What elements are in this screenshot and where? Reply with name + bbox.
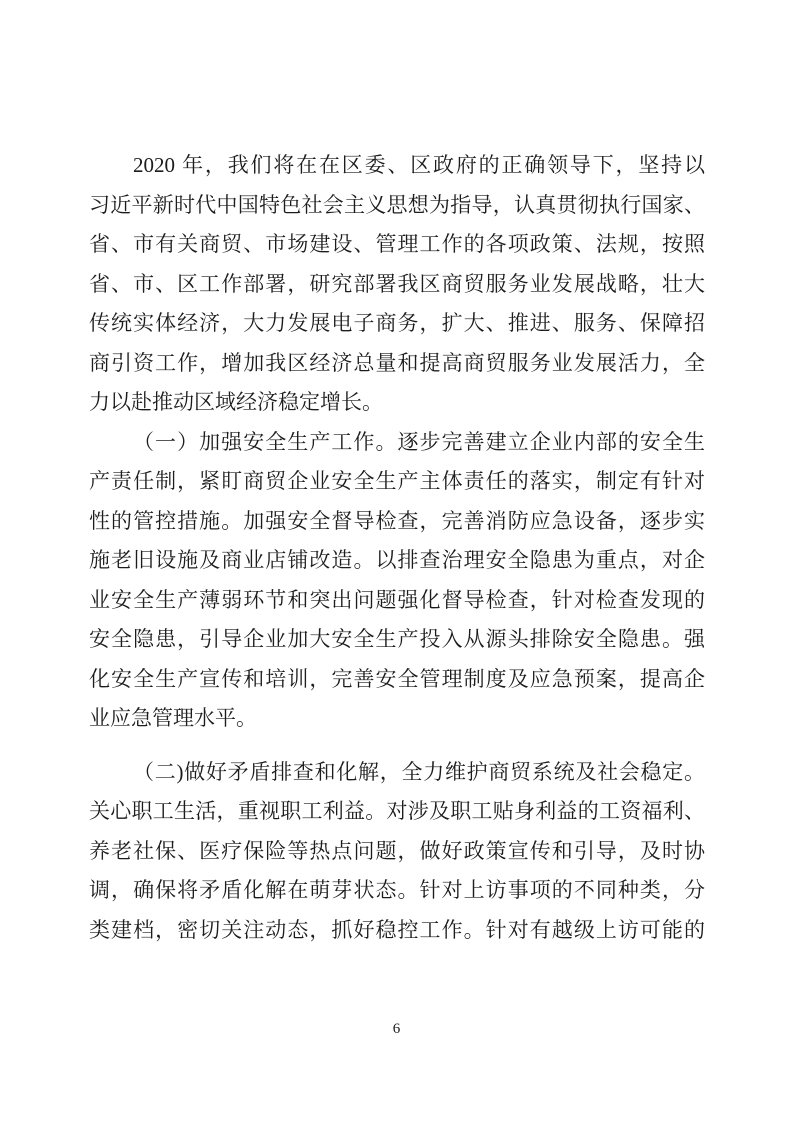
text-line: 省、市有关商贸、市场建设、管理工作的各项政策、法规，按照 [89, 225, 705, 265]
text-line: 力以赴推动区域经济稳定增长。 [89, 383, 705, 423]
text-line: 性的管控措施。加强安全督导检查，完善消防应急设备，逐步实 [89, 502, 705, 542]
text-line: 化安全生产宣传和培训，完善安全管理制度及应急预案，提高企 [89, 660, 705, 700]
text-line: （二)做好矛盾排查和化解，全力维护商贸系统及社会稳定。 [89, 753, 705, 793]
text-line: 关心职工生活，重视职工利益。对涉及职工贴身利益的工资福利、 [89, 792, 705, 832]
text-line: 业应急管理水平。 [89, 699, 705, 739]
text-line: 产责任制，紧盯商贸企业安全生产主体责任的落实，制定有针对 [89, 462, 705, 502]
text-line: 调，确保将矛盾化解在萌芽状态。针对上访事项的不同种类，分 [89, 871, 705, 911]
text-line: 养老社保、医疗保险等热点问题，做好政策宣传和引导，及时协 [89, 832, 705, 872]
text-line: （一）加强安全生产工作。逐步完善建立企业内部的安全生 [89, 423, 705, 463]
paragraph-intro: 2020 年，我们将在在区委、区政府的正确领导下，坚持以 习近平新时代中国特色社… [89, 146, 705, 423]
paragraph-section-1: （一）加强安全生产工作。逐步完善建立企业内部的安全生 产责任制，紧盯商贸企业安全… [89, 423, 705, 739]
text-line: 业安全生产薄弱环节和突出问题强化督导检查，针对检查发现的 [89, 581, 705, 621]
text-line: 省、市、区工作部署，研究部署我区商贸服务业发展战略，壮大 [89, 265, 705, 305]
text-line: 类建档，密切关注动态，抓好稳控工作。针对有越级上访可能的 [89, 911, 705, 951]
page-number: 6 [0, 1018, 793, 1040]
text-line: 习近平新时代中国特色社会主义思想为指导，认真贯彻执行国家、 [89, 186, 705, 226]
paragraph-section-2: （二)做好矛盾排查和化解，全力维护商贸系统及社会稳定。 关心职工生活，重视职工利… [89, 753, 705, 951]
text-line: 安全隐患，引导企业加大安全生产投入从源头排除安全隐患。强 [89, 620, 705, 660]
text-line: 2020 年，我们将在在区委、区政府的正确领导下，坚持以 [89, 146, 705, 186]
document-body: 2020 年，我们将在在区委、区政府的正确领导下，坚持以 习近平新时代中国特色社… [89, 146, 705, 950]
text-line: 传统实体经济，大力发展电子商务，扩大、推进、服务、保障招 [89, 304, 705, 344]
text-line: 施老旧设施及商业店铺改造。以排查治理安全隐患为重点，对企 [89, 541, 705, 581]
text-line: 商引资工作，增加我区经济总量和提高商贸服务业发展活力，全 [89, 344, 705, 384]
document-page: 2020 年，我们将在在区委、区政府的正确领导下，坚持以 习近平新时代中国特色社… [0, 0, 793, 1122]
